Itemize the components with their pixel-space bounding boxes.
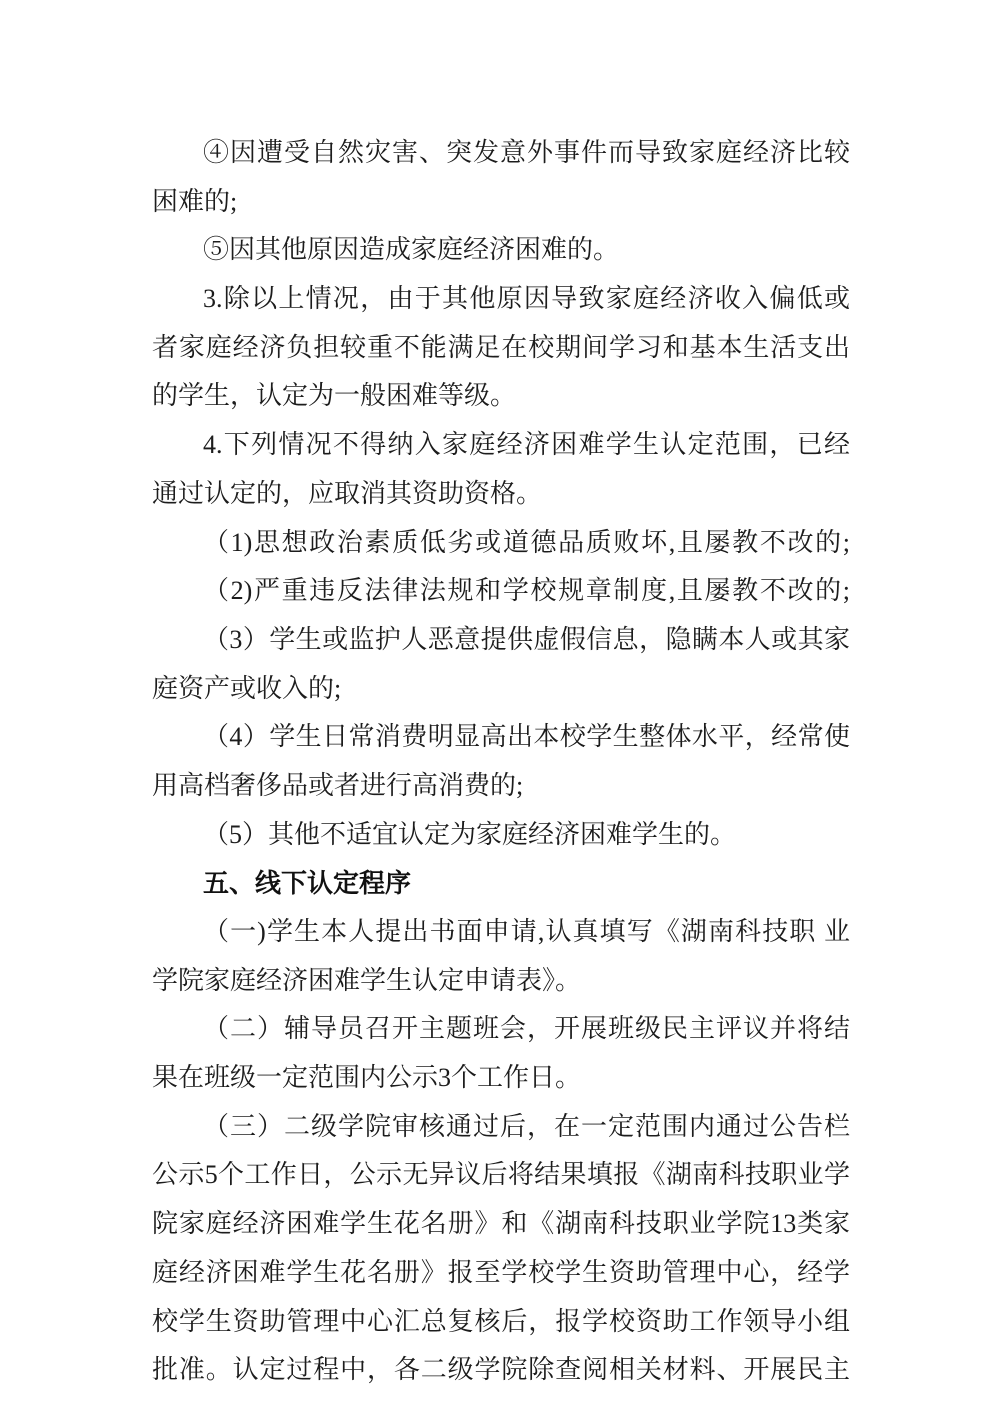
document-line: 困难的; (152, 178, 850, 227)
document-line: （1)思想政治素质低劣或道德品质败坏,且屡教不改的; (152, 519, 850, 568)
document-line: 4.下列情况不得纳入家庭经济困难学生认定范围，已经 (152, 421, 850, 470)
document-line: （2)严重违反法律法规和学校规章制度,且屡教不改的; (152, 567, 850, 616)
document-line: 3.除以上情况，由于其他原因导致家庭经济收入偏低或 (152, 275, 850, 324)
document-line: （三）二级学院审核通过后，在一定范围内通过公告栏 (152, 1103, 850, 1152)
document-line: 庭经济困难学生花名册》报至学校学生资助管理中心，经学 (152, 1249, 850, 1298)
document-line: 果在班级一定范围内公示3个工作日。 (152, 1054, 850, 1103)
document-body: ④因遭受自然灾害、突发意外事件而导致家庭经济比较困难的;⑤因其他原因造成家庭经济… (152, 129, 850, 1395)
document-line: 批准。认定过程中，各二级学院除查阅相关材料、开展民主 (152, 1346, 850, 1395)
page: { "page": { "background_color": "#ffffff… (0, 0, 1000, 1415)
document-line: （5）其他不适宜认定为家庭经济困难学生的。 (152, 811, 850, 860)
document-line: （3）学生或监护人恶意提供虚假信息，隐瞒本人或其家 (152, 616, 850, 665)
section-heading: 五、线下认定程序 (152, 859, 850, 908)
document-line: 院家庭经济困难学生花名册》和《湖南科技职业学院13类家 (152, 1200, 850, 1249)
document-line: 学院家庭经济困难学生认定申请表》。 (152, 957, 850, 1006)
document-line: ⑤因其他原因造成家庭经济困难的。 (152, 226, 850, 275)
document-line: 校学生资助管理中心汇总复核后，报学校资助工作领导小组 (152, 1298, 850, 1347)
document-line: （4）学生日常消费明显高出本校学生整体水平，经常使 (152, 713, 850, 762)
document-line: ④因遭受自然灾害、突发意外事件而导致家庭经济比较 (152, 129, 850, 178)
document-line: 通过认定的，应取消其资助资格。 (152, 470, 850, 519)
document-line: 的学生，认定为一般困难等级。 (152, 372, 850, 421)
document-line: 用高档奢侈品或者进行高消费的; (152, 762, 850, 811)
document-line: （二）辅导员召开主题班会，开展班级民主评议并将结 (152, 1005, 850, 1054)
document-line: 公示5个工作日，公示无异议后将结果填报《湖南科技职业学 (152, 1151, 850, 1200)
document-line: （一)学生本人提出书面申请,认真填写《湖南科技职 业 (152, 908, 850, 957)
document-line: 庭资产或收入的; (152, 665, 850, 714)
document-line: 者家庭经济负担较重不能满足在校期间学习和基本生活支出 (152, 324, 850, 373)
